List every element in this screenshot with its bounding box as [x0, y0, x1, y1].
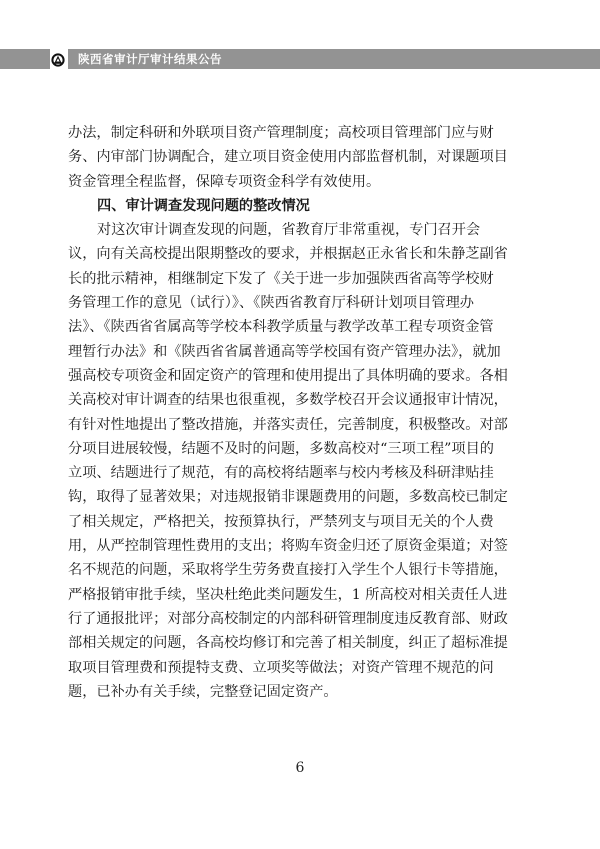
text-line: 务、内审部门协调配合，建立项目资金使用内部监督机制，对课题项目 — [68, 145, 474, 169]
paragraph-1: 办法，制定科研和外联项目资产管理制度；高校项目管理部门应与财 务、内审部门协调配… — [68, 121, 474, 194]
text-line: 资金管理全程监督，保障专项资金科学有效使用。 — [68, 170, 474, 194]
text-line: 分项目进展较慢，结题不及时的问题，多数高校对“三项工程”项目的 — [68, 437, 474, 461]
text-line: 了相关规定，严格把关，按预算执行，严禁列支与项目无关的个人费 — [68, 510, 474, 534]
text-line: 行了通报批评；对部分高校制定的内部科研管理制度违反教育部、财政 — [68, 607, 474, 631]
text-line: 理暂行办法》和《陕西省省属普通高等学校国有资产管理办法》，就加 — [68, 340, 474, 364]
page-number: 6 — [0, 760, 600, 776]
text-line: 用，从严控制管理性费用的支出；将购车资金归还了原资金渠道；对签 — [68, 534, 474, 558]
header-title: 陕西省审计厅审计结果公告 — [78, 49, 222, 69]
text-line: 务管理工作的意见（试行）》、《陕西省教育厅科研计划项目管理办 — [68, 291, 474, 315]
text-line: 办法，制定科研和外联项目资产管理制度；高校项目管理部门应与财 — [68, 121, 474, 145]
text-line: 议，向有关高校提出限期整改的要求，并根据赵正永省长和朱静芝副省 — [68, 242, 474, 266]
text-line: 立项、结题进行了规范，有的高校将结题率与校内考核及科研津贴挂 — [68, 461, 474, 485]
text-line: 名不规范的问题，采取将学生劳务费直接打入学生个人银行卡等措施， — [68, 558, 474, 582]
audit-office-emblem-icon — [51, 52, 65, 66]
text-line: 题，已补办有关手续，完整登记固定资产。 — [68, 680, 474, 704]
paragraph-2: 对这次审计调查发现的问题，省教育厅非常重视，专门召开会 议，向有关高校提出限期整… — [68, 218, 474, 704]
section-heading: 四、审计调查发现问题的整改情况 — [68, 194, 474, 218]
running-header: 陕西省审计厅审计结果公告 — [0, 49, 600, 69]
header-bar-left-segment — [0, 49, 50, 69]
text-line: 关高校对审计调查的结果也很重视，多数学校召开会议通报审计情况， — [68, 388, 474, 412]
document-body: 办法，制定科研和外联项目资产管理制度；高校项目管理部门应与财 务、内审部门协调配… — [68, 121, 474, 704]
text-line: 法》、《陕西省省属高等学校本科教学质量与教学改革工程专项资金管 — [68, 315, 474, 339]
text-line: 钩，取得了显著效果；对违规报销非课题费用的问题，多数高校已制定 — [68, 485, 474, 509]
text-line: 部相关规定的问题，各高校均修订和完善了相关制度，纠正了超标准提 — [68, 631, 474, 655]
text-line: 有针对性地提出了整改措施，并落实责任，完善制度，积极整改。对部 — [68, 413, 474, 437]
text-line: 严格报销审批手续，坚决杜绝此类问题发生，1 所高校对相关责任人进 — [68, 583, 474, 607]
text-line: 取项目管理费和预提特支费、立项奖等做法；对资产管理不规范的问 — [68, 656, 474, 680]
text-line: 强高校专项资金和固定资产的管理和使用提出了具体明确的要求。各相 — [68, 364, 474, 388]
text-line: 长的批示精神，相继制定下发了《关于进一步加强陕西省高等学校财 — [68, 267, 474, 291]
text-line: 对这次审计调查发现的问题，省教育厅非常重视，专门召开会 — [68, 218, 474, 242]
